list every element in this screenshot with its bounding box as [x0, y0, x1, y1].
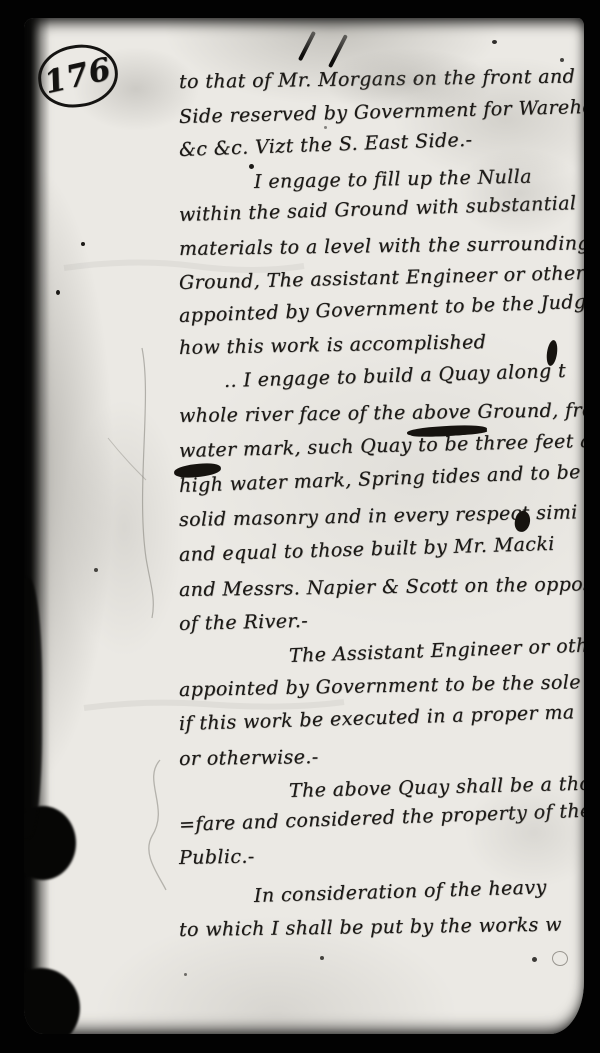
handwritten-line: high water mark, Spring tides and to be — [179, 461, 581, 497]
handwritten-line: materials to a level with the surroundin… — [179, 232, 584, 260]
manuscript-page: 176 to that of Mr. Morgans on the front … — [24, 18, 584, 1034]
handwritten-line: how this work is accomplished — [179, 331, 487, 359]
handwritten-line: of the River.- — [179, 610, 309, 635]
handwritten-line: .. I engage to build a Quay along t — [224, 360, 567, 392]
handwritten-line: appointed by Government to be the sole — [179, 671, 581, 701]
handwritten-line: I engage to fill up the Nulla — [254, 166, 532, 193]
handwritten-line: Side reserved by Government for Warehous — [179, 95, 584, 128]
handwritten-line: Ground, The assistant Engineer or other — [179, 262, 584, 294]
handwritten-line: The above Quay shall be a thoro — [289, 772, 584, 802]
handwritten-line: =fare and considered the property of the — [179, 800, 584, 836]
scanned-manuscript-photo: 176 to that of Mr. Morgans on the front … — [0, 0, 600, 1053]
handwritten-line: within the said Ground with substantial — [179, 192, 577, 226]
handwritten-line: whole river face of the above Ground, fr… — [179, 399, 584, 427]
handwritten-line: and Messrs. Napier & Scott on the opposi… — [179, 573, 584, 601]
handwritten-line: to which I shall be put by the works w — [179, 914, 562, 941]
handwritten-line: &c &c. Vizt the S. East Side.- — [179, 129, 473, 161]
handwritten-line: water mark, such Quay to be three feet a — [179, 430, 584, 462]
handwritten-line: and equal to those built by Mr. Macki — [179, 533, 555, 566]
manuscript-lines: to that of Mr. Morgans on the front andS… — [24, 18, 584, 1034]
handwritten-line: The Assistant Engineer or other — [289, 634, 584, 667]
handwritten-line: Public.- — [179, 846, 255, 869]
handwritten-line: to that of Mr. Morgans on the front and — [179, 65, 575, 93]
handwritten-line: or otherwise.- — [179, 746, 319, 770]
handwritten-line: appointed by Government to be the Judg — [179, 291, 584, 327]
handwritten-line: In consideration of the heavy — [254, 876, 547, 907]
handwritten-line: if this work be executed in a proper ma — [179, 701, 575, 735]
